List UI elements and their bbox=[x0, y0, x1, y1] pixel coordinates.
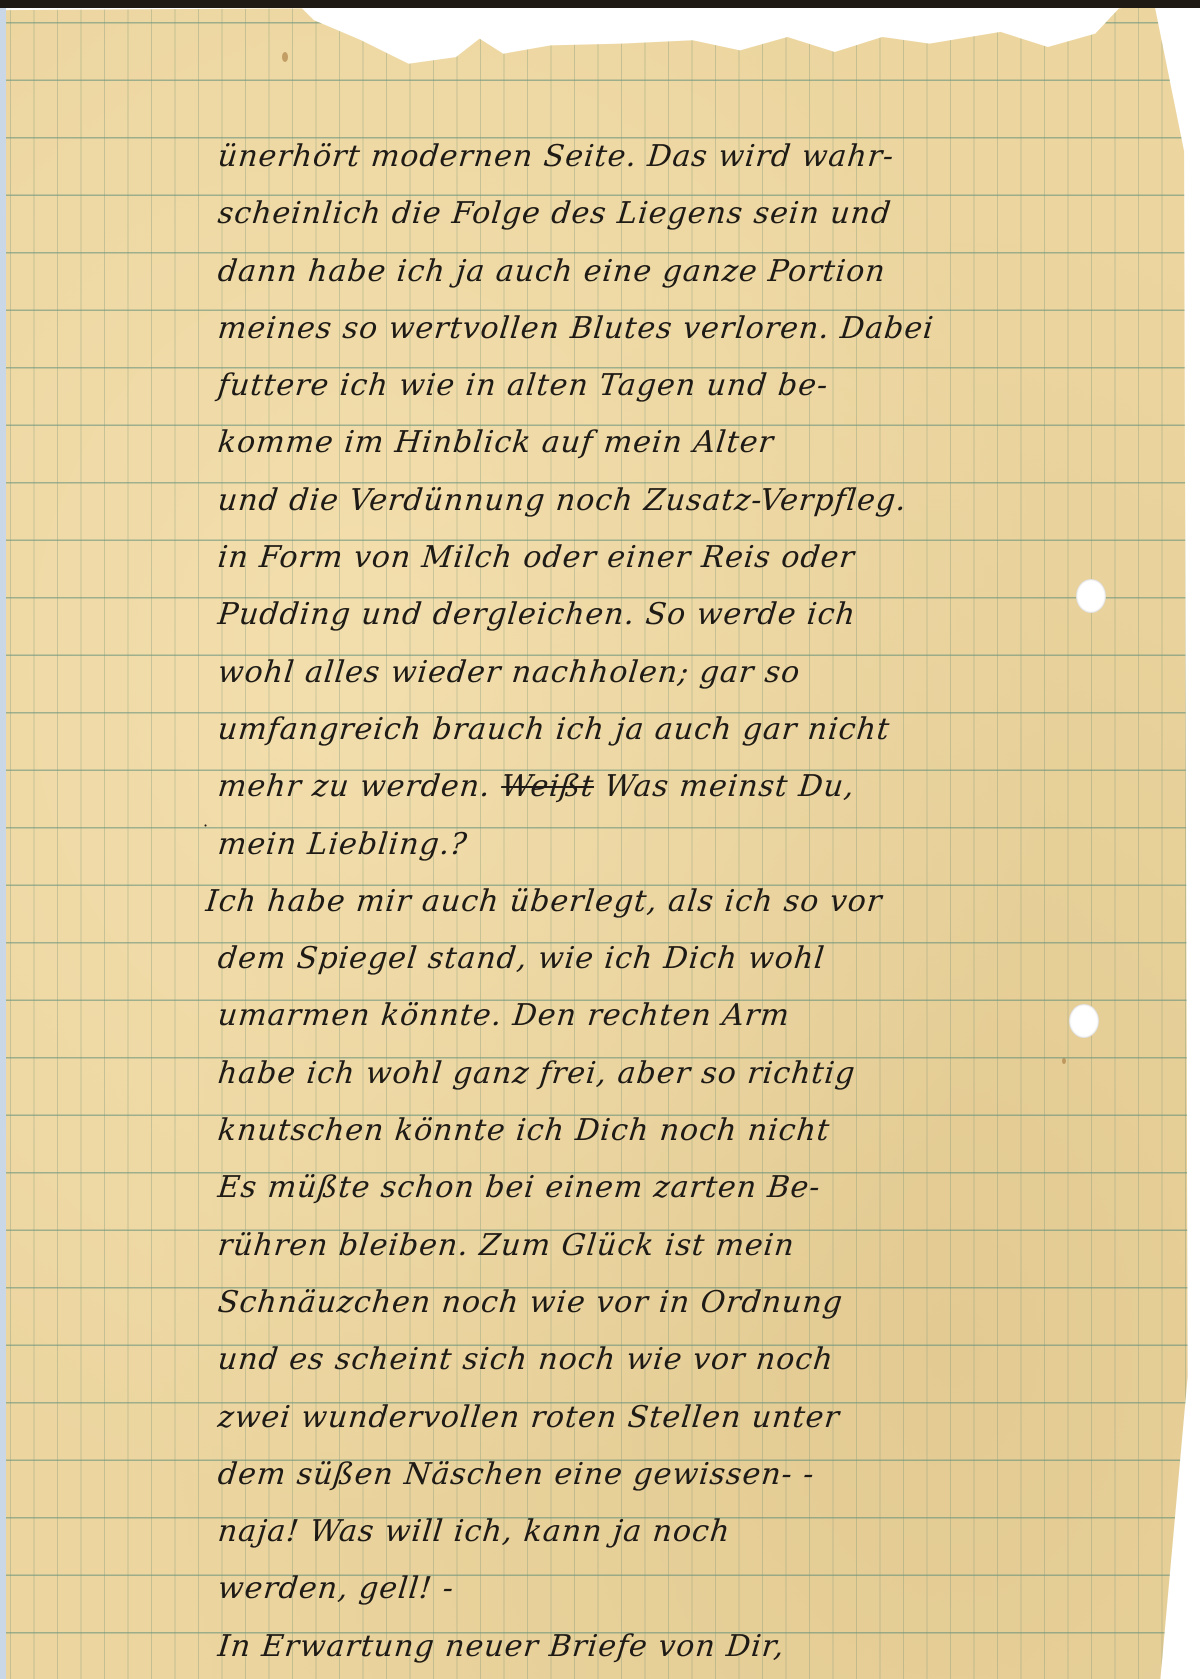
letter-line: dem süßen Näschen eine gewissen- - bbox=[215, 1446, 1181, 1503]
letter-line: scheinlich die Folge des Liegens sein un… bbox=[215, 185, 1181, 242]
letter-line: dem Spiegel stand, wie ich Dich wohl bbox=[215, 930, 1181, 987]
letter-line: naja! Was will ich, kann ja noch bbox=[215, 1503, 1181, 1560]
letter-line: mehr zu werden. Weißt Was meinst Du, bbox=[215, 758, 1181, 815]
letter-body: ünerhört modernen Seite. Das wird wahr- … bbox=[218, 128, 1178, 1675]
letter-line: habe ich wohl ganz frei, aber so richtig bbox=[215, 1045, 1181, 1102]
paper-stain bbox=[282, 52, 288, 62]
letter-line: in Form von Milch oder einer Reis oder bbox=[215, 529, 1181, 586]
letter-line: umfangreich brauch ich ja auch gar nicht bbox=[215, 701, 1181, 758]
letter-line: rühren bleiben. Zum Glück ist mein bbox=[215, 1217, 1181, 1274]
letter-line: meines so wertvollen Blutes verloren. Da… bbox=[215, 300, 1181, 357]
letter-line: futtere ich wie in alten Tagen und be- bbox=[215, 357, 1181, 414]
letter-line: wohl alles wieder nachholen; gar so bbox=[215, 644, 1181, 701]
letter-line: werden, gell! - bbox=[215, 1560, 1181, 1617]
letter-line: zwei wundervollen roten Stellen unter bbox=[215, 1389, 1181, 1446]
line-text: mehr zu werden. bbox=[216, 769, 503, 804]
letter-line: und die Verdünnung noch Zusatz-Verpfleg. bbox=[215, 472, 1181, 529]
letter-line: komme im Hinblick auf mein Alter bbox=[215, 414, 1181, 471]
letter-line: dann habe ich ja auch eine ganze Portion bbox=[215, 243, 1181, 300]
struck-word: Weißt bbox=[499, 769, 596, 804]
letter-line: In Erwartung neuer Briefe von Dir, bbox=[215, 1618, 1181, 1675]
scan-edge bbox=[0, 0, 6, 1679]
letter-line: Ich habe mir auch überlegt, als ich so v… bbox=[203, 873, 1181, 930]
letter-line: mein Liebling.? bbox=[215, 816, 1181, 873]
letter-line: Pudding und dergleichen. So werde ich bbox=[215, 586, 1181, 643]
letter-line: Schnäuzchen noch wie vor in Ordnung bbox=[215, 1274, 1181, 1331]
letter-line: knutschen könnte ich Dich noch nicht bbox=[215, 1102, 1181, 1159]
letter-line: umarmen könnte. Den rechten Arm bbox=[215, 987, 1181, 1044]
margin-mark: · bbox=[203, 816, 208, 835]
letter-line: Es müßte schon bei einem zarten Be- bbox=[215, 1159, 1181, 1216]
torn-top-edge bbox=[0, 0, 1200, 8]
letter-line: und es scheint sich noch wie vor noch bbox=[215, 1331, 1181, 1388]
letter-line: ünerhört modernen Seite. Das wird wahr- bbox=[215, 128, 1181, 185]
line-text: Was meinst Du, bbox=[592, 769, 856, 804]
